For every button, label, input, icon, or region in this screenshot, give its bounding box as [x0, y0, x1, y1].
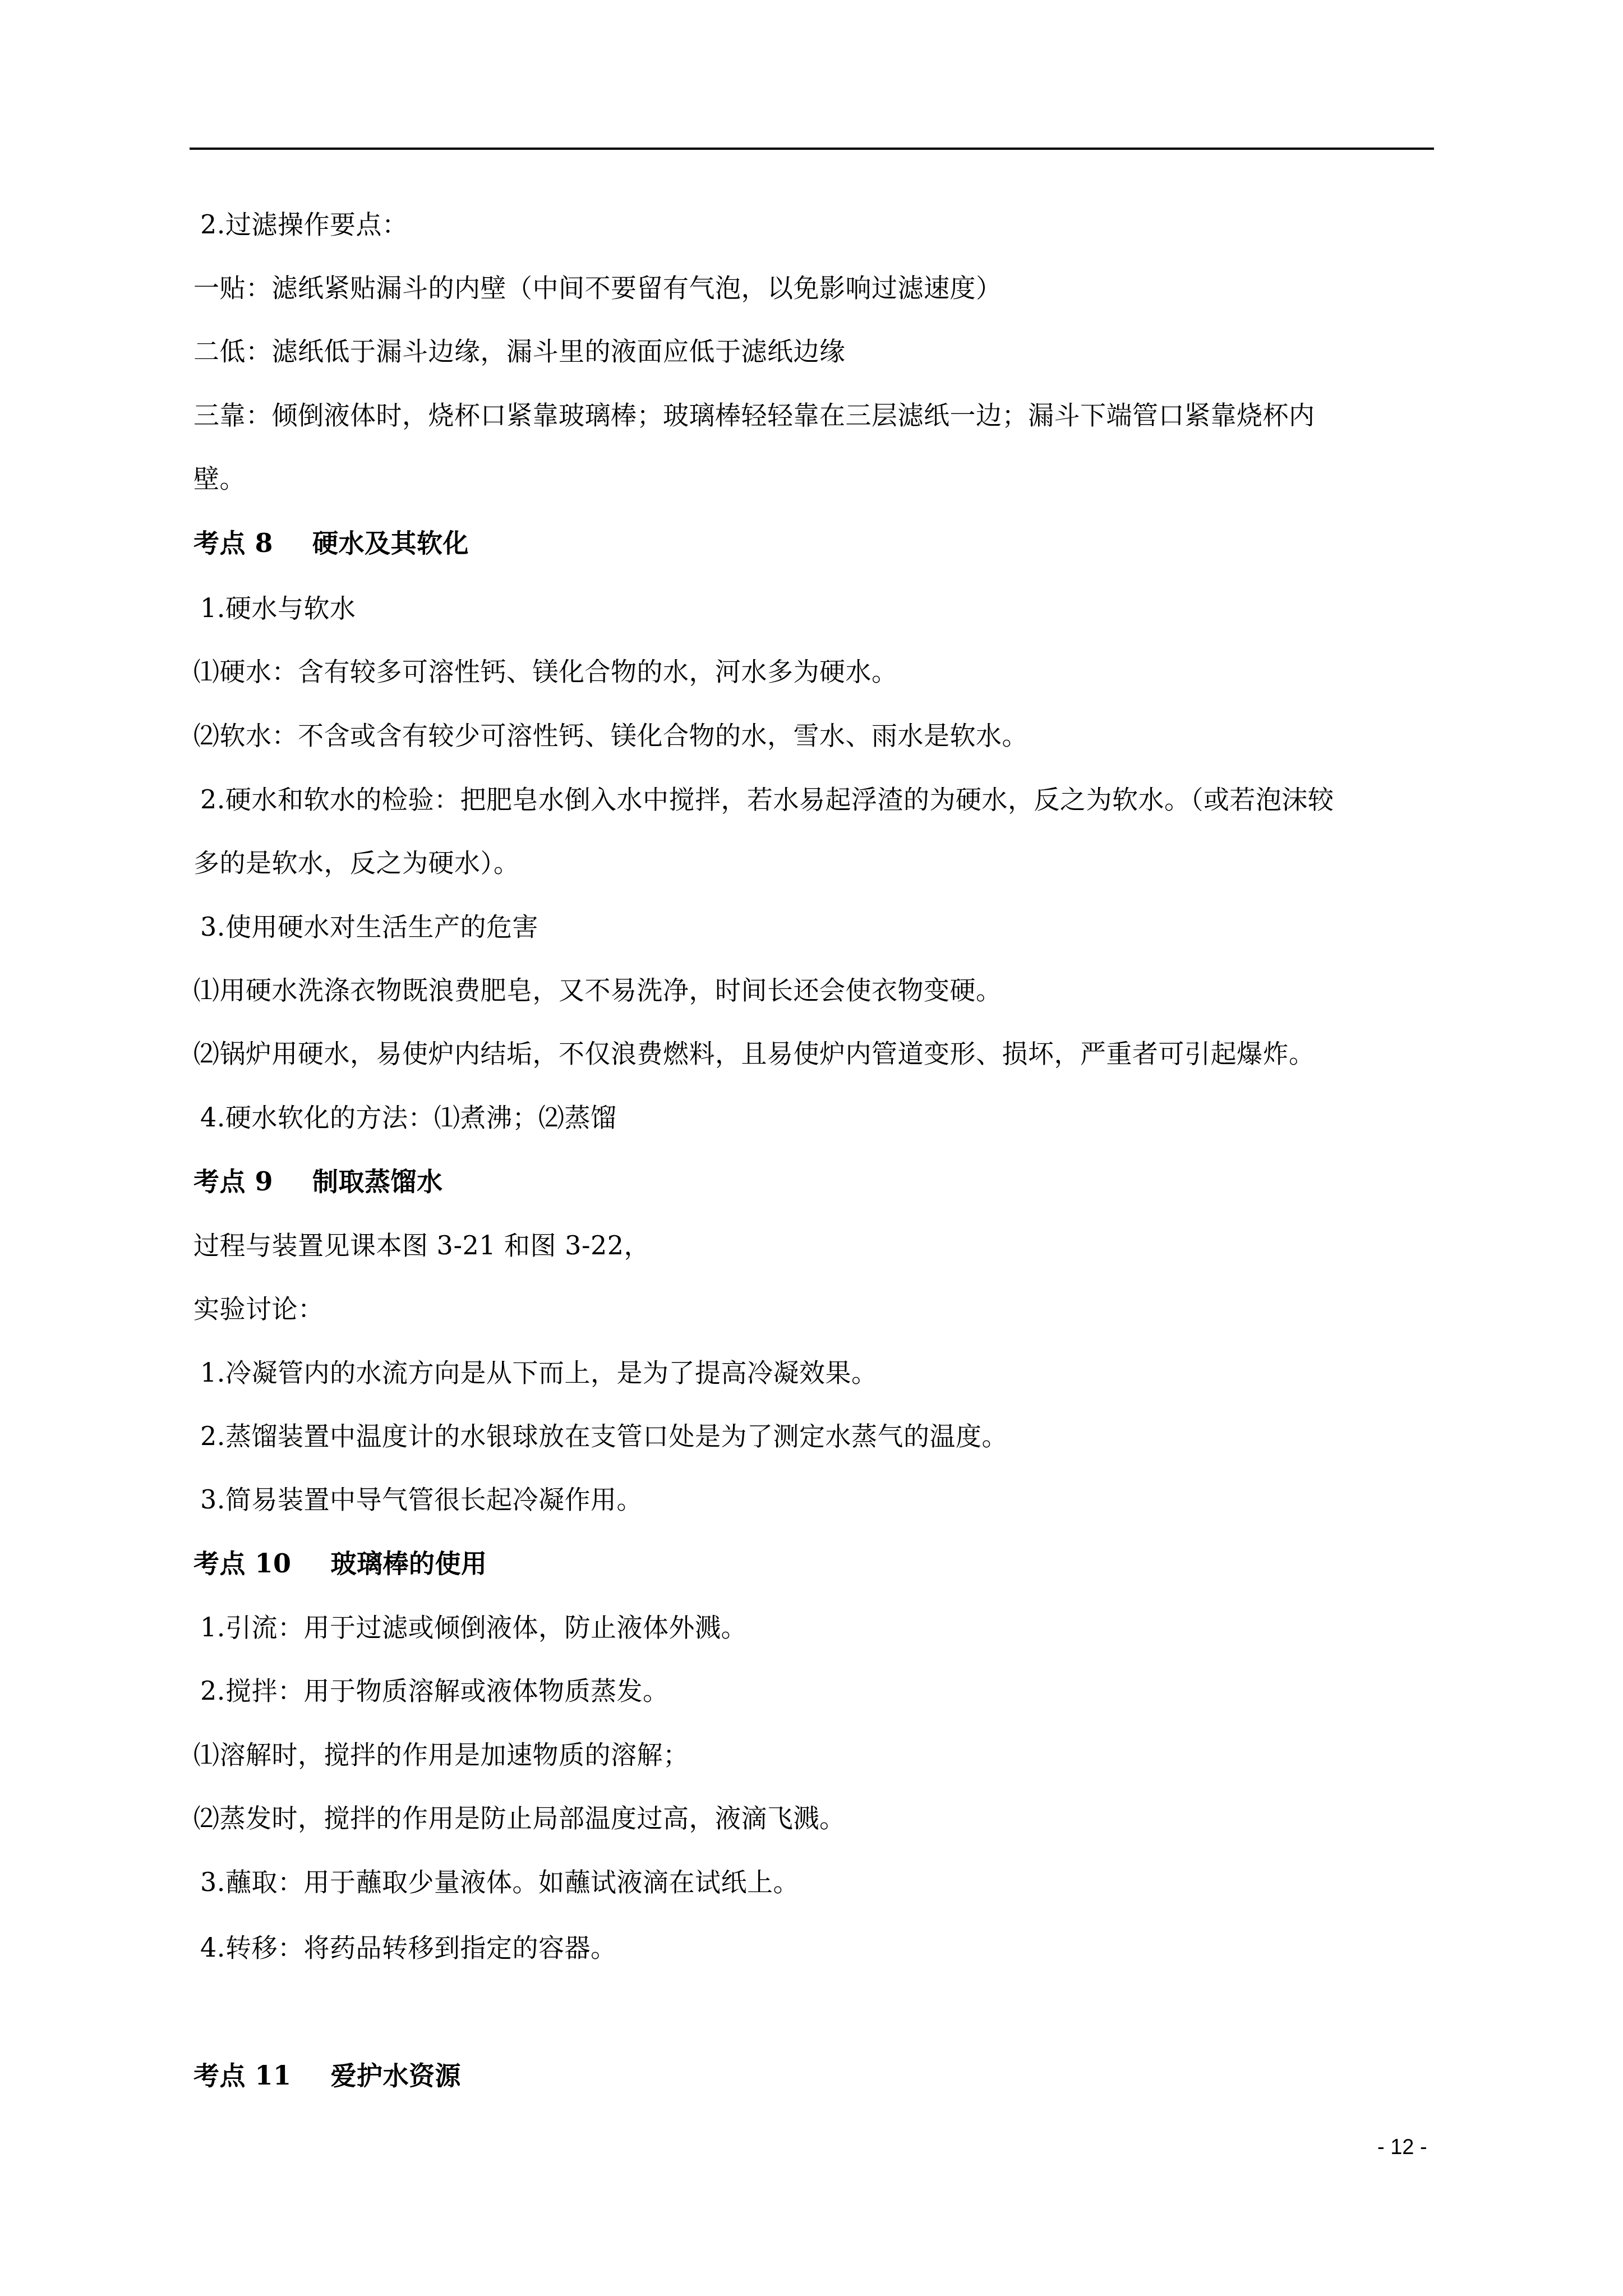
paragraph-line: ⑵蒸发时，搅拌的作用是防止局部温度过高，液滴飞溅。 — [193, 1802, 846, 1834]
section-label: 考点 11 — [193, 2060, 292, 2091]
list-item: 2.搅拌：用于物质溶解或液体物质蒸发。 — [200, 1675, 668, 1706]
paragraph-line: ⑵锅炉用硬水，易使炉内结垢，不仅浪费燃料，且易使炉内管道变形、损坏，严重者可引起… — [193, 1038, 1315, 1069]
section-label: 考点 10 — [193, 1548, 292, 1579]
section-heading: 考点 8硬水及其软化 — [193, 527, 469, 559]
list-item: 1.硬水与软水 — [200, 592, 356, 624]
section-label: 考点 8 — [193, 528, 273, 558]
section-title: 硬水及其软化 — [312, 528, 469, 558]
section-heading: 考点 11爱护水资源 — [193, 2060, 461, 2091]
section-title: 玻璃棒的使用 — [331, 1548, 487, 1579]
list-item: 4.硬水软化的方法：⑴煮沸；⑵蒸馏 — [200, 1102, 616, 1133]
paragraph-line: 一贴：滤纸紧贴漏斗的内壁（中间不要留有气泡，以免影响过滤速度） — [193, 272, 1002, 303]
page-number: - 12 - — [1377, 2135, 1427, 2160]
section-title: 爱护水资源 — [331, 2060, 462, 2091]
section-label: 考点 9 — [193, 1166, 273, 1197]
list-item: 1.引流：用于过滤或倾倒液体，防止液体外溅。 — [200, 1612, 747, 1643]
list-item: 4.转移：将药品转移到指定的容器。 — [200, 1932, 616, 1963]
list-item: 2.蒸馏装置中温度计的水银球放在支管口处是为了测定水蒸气的温度。 — [200, 1420, 1008, 1452]
section-heading: 考点 9制取蒸馏水 — [193, 1166, 443, 1197]
paragraph-line: 过程与装置见课本图 3-21 和图 3-22， — [193, 1230, 650, 1261]
list-item: 2.过滤操作要点： — [200, 209, 408, 240]
section-title: 制取蒸馏水 — [312, 1166, 443, 1197]
paragraph-line: ⑴硬水：含有较多可溶性钙、镁化合物的水，河水多为硬水。 — [193, 656, 898, 687]
list-item: 3.蘸取：用于蘸取少量液体。如蘸试液滴在试纸上。 — [200, 1866, 799, 1898]
list-item: 3.简易装置中导气管很长起冷凝作用。 — [200, 1484, 643, 1515]
paragraph-line: 实验讨论： — [193, 1293, 324, 1324]
paragraph-line: ⑴溶解时，搅拌的作用是加速物质的溶解； — [193, 1739, 689, 1770]
paragraph-line: 壁。 — [193, 463, 246, 494]
header-rule — [190, 148, 1434, 150]
document-page: 2.过滤操作要点： 一贴：滤纸紧贴漏斗的内壁（中间不要留有气泡，以免影响过滤速度… — [0, 0, 1623, 2296]
list-item: 1.冷凝管内的水流方向是从下而上，是为了提高冷凝效果。 — [200, 1357, 877, 1388]
list-item: 2.硬水和软水的检验：把肥皂水倒入水中搅拌，若水易起浮渣的为硬水，反之为软水。（… — [200, 784, 1334, 815]
paragraph-line: ⑴用硬水洗涤衣物既浪费肥皂，又不易洗净，时间长还会使衣物变硬。 — [193, 974, 1002, 1006]
paragraph-line: 二低：滤纸低于漏斗边缘，漏斗里的液面应低于滤纸边缘 — [193, 335, 846, 367]
paragraph-line: 多的是软水，反之为硬水）。 — [193, 847, 520, 878]
section-heading: 考点 10玻璃棒的使用 — [193, 1548, 487, 1579]
paragraph-line: ⑵软水：不含或含有较少可溶性钙、镁化合物的水，雪水、雨水是软水。 — [193, 720, 1028, 751]
list-item: 3.使用硬水对生活生产的危害 — [200, 911, 538, 942]
paragraph-line: 三靠：倾倒液体时，烧杯口紧靠玻璃棒；玻璃棒轻轻靠在三层滤纸一边；漏斗下端管口紧靠… — [193, 399, 1315, 431]
